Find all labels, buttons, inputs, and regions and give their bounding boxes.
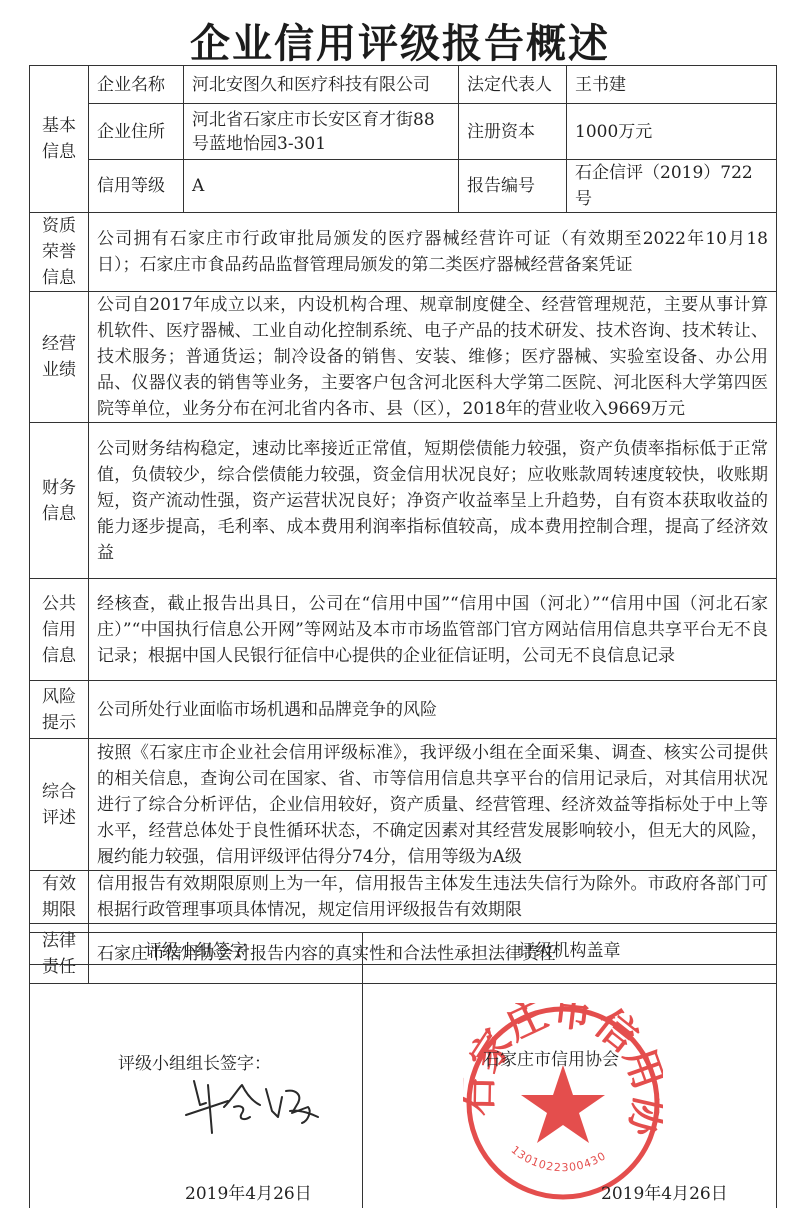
- section-text: 经核查，截止报告出具日，公司在“信用中国”“信用中国（河北）”“信用中国（河北石…: [89, 579, 777, 681]
- seal-date: 2019年4月26日: [601, 1179, 728, 1204]
- official-seal-icon: 石家庄市信用协会 1301022300430: [463, 1003, 663, 1203]
- signature-cell: 评级小组组长签字： 2019年4月26日: [30, 965, 363, 1208]
- seal-cell: 石家庄市信用协会 1301022300430 石家庄市信用协会 2019年4月2…: [363, 965, 777, 1208]
- reg-capital-value: 1000万元: [567, 104, 777, 160]
- section-text: 公司所处行业面临市场机遇和品牌竞争的风险: [89, 681, 777, 739]
- rating-org-seal-header: 评级机构盖章: [363, 933, 777, 965]
- rating-team-signature-header: 评级小组签字: [30, 933, 363, 965]
- section-text: 按照《石家庄市企业社会信用评级标准》，我评级小组在全面采集、调查、核实公司提供的…: [89, 739, 777, 871]
- section-financial: 财务 信息 公司财务结构稳定，速动比率接近正常值，短期偿债能力较强，资产负债率指…: [30, 423, 777, 579]
- org-name: 石家庄市信用协会: [483, 1045, 619, 1070]
- document-title: 企业信用评级报告概述: [0, 12, 800, 69]
- section-risk: 风险 提示 公司所处行业面临市场机遇和品牌竞争的风险: [30, 681, 777, 739]
- svg-text:1301022300430: 1301022300430: [509, 1143, 609, 1174]
- section-text: 信用报告有效期限原则上为一年，信用报告主体发生违法失信行为除外。市政府各部门可根…: [89, 871, 777, 924]
- section-label: 公共 信用 信息: [30, 579, 89, 681]
- section-label: 资质 荣誉 信息: [30, 213, 89, 292]
- section-qualification: 资质 荣誉 信息 公司拥有石家庄市行政审批局颁发的医疗器械经营许可证（有效期至2…: [30, 213, 777, 292]
- basic-info-label: 基本 信息: [30, 66, 89, 213]
- section-text: 公司财务结构稳定，速动比率接近正常值，短期偿债能力较强，资产负债率指标低于正常值…: [89, 423, 777, 579]
- company-name-label: 企业名称: [89, 66, 184, 104]
- section-label: 有效 期限: [30, 871, 89, 924]
- section-label: 综合 评述: [30, 739, 89, 871]
- report-table: 基本 信息 企业名称 河北安图久和医疗科技有限公司 法定代表人 王书建 企业住所…: [29, 65, 777, 984]
- section-label: 经营 业绩: [30, 292, 89, 423]
- legal-rep-value: 王书建: [567, 66, 777, 104]
- section-validity: 有效 期限 信用报告有效期限原则上为一年，信用报告主体发生违法失信行为除外。市政…: [30, 871, 777, 924]
- report-no-value: 石企信评（2019）722号: [567, 160, 777, 213]
- basic-info-row-name: 基本 信息 企业名称 河北安图久和医疗科技有限公司 法定代表人 王书建: [30, 66, 777, 104]
- signature-date: 2019年4月26日: [185, 1179, 312, 1204]
- section-business-performance: 经营 业绩 公司自2017年成立以来，内设机构合理、规章制度健全、经营管理规范，…: [30, 292, 777, 423]
- credit-grade-label: 信用等级: [89, 160, 184, 213]
- section-label: 风险 提示: [30, 681, 89, 739]
- handwritten-signature-icon: [180, 1071, 330, 1141]
- signature-table: 评级小组签字 评级机构盖章 评级小组组长签字：: [29, 932, 777, 1208]
- report-no-label: 报告编号: [459, 160, 567, 213]
- credit-grade-value: A: [184, 160, 459, 213]
- address-value: 河北省石家庄市长安区育才街88号蓝地怡园3-301: [184, 104, 459, 160]
- basic-info-row-address: 企业住所 河北省石家庄市长安区育才街88号蓝地怡园3-301 注册资本 1000…: [30, 104, 777, 160]
- section-public-credit: 公共 信用 信息 经核查，截止报告出具日，公司在“信用中国”“信用中国（河北）”…: [30, 579, 777, 681]
- section-comprehensive-review: 综合 评述 按照《石家庄市企业社会信用评级标准》，我评级小组在全面采集、调查、核…: [30, 739, 777, 871]
- basic-info-row-grade: 信用等级 A 报告编号 石企信评（2019）722号: [30, 160, 777, 213]
- address-label: 企业住所: [89, 104, 184, 160]
- section-text: 公司拥有石家庄市行政审批局颁发的医疗器械经营许可证（有效期至2022年10月18…: [89, 213, 777, 292]
- section-text: 公司自2017年成立以来，内设机构合理、规章制度健全、经营管理规范，主要从事计算…: [89, 292, 777, 423]
- legal-rep-label: 法定代表人: [459, 66, 567, 104]
- company-name-value: 河北安图久和医疗科技有限公司: [184, 66, 459, 104]
- reg-capital-label: 注册资本: [459, 104, 567, 160]
- section-label: 财务 信息: [30, 423, 89, 579]
